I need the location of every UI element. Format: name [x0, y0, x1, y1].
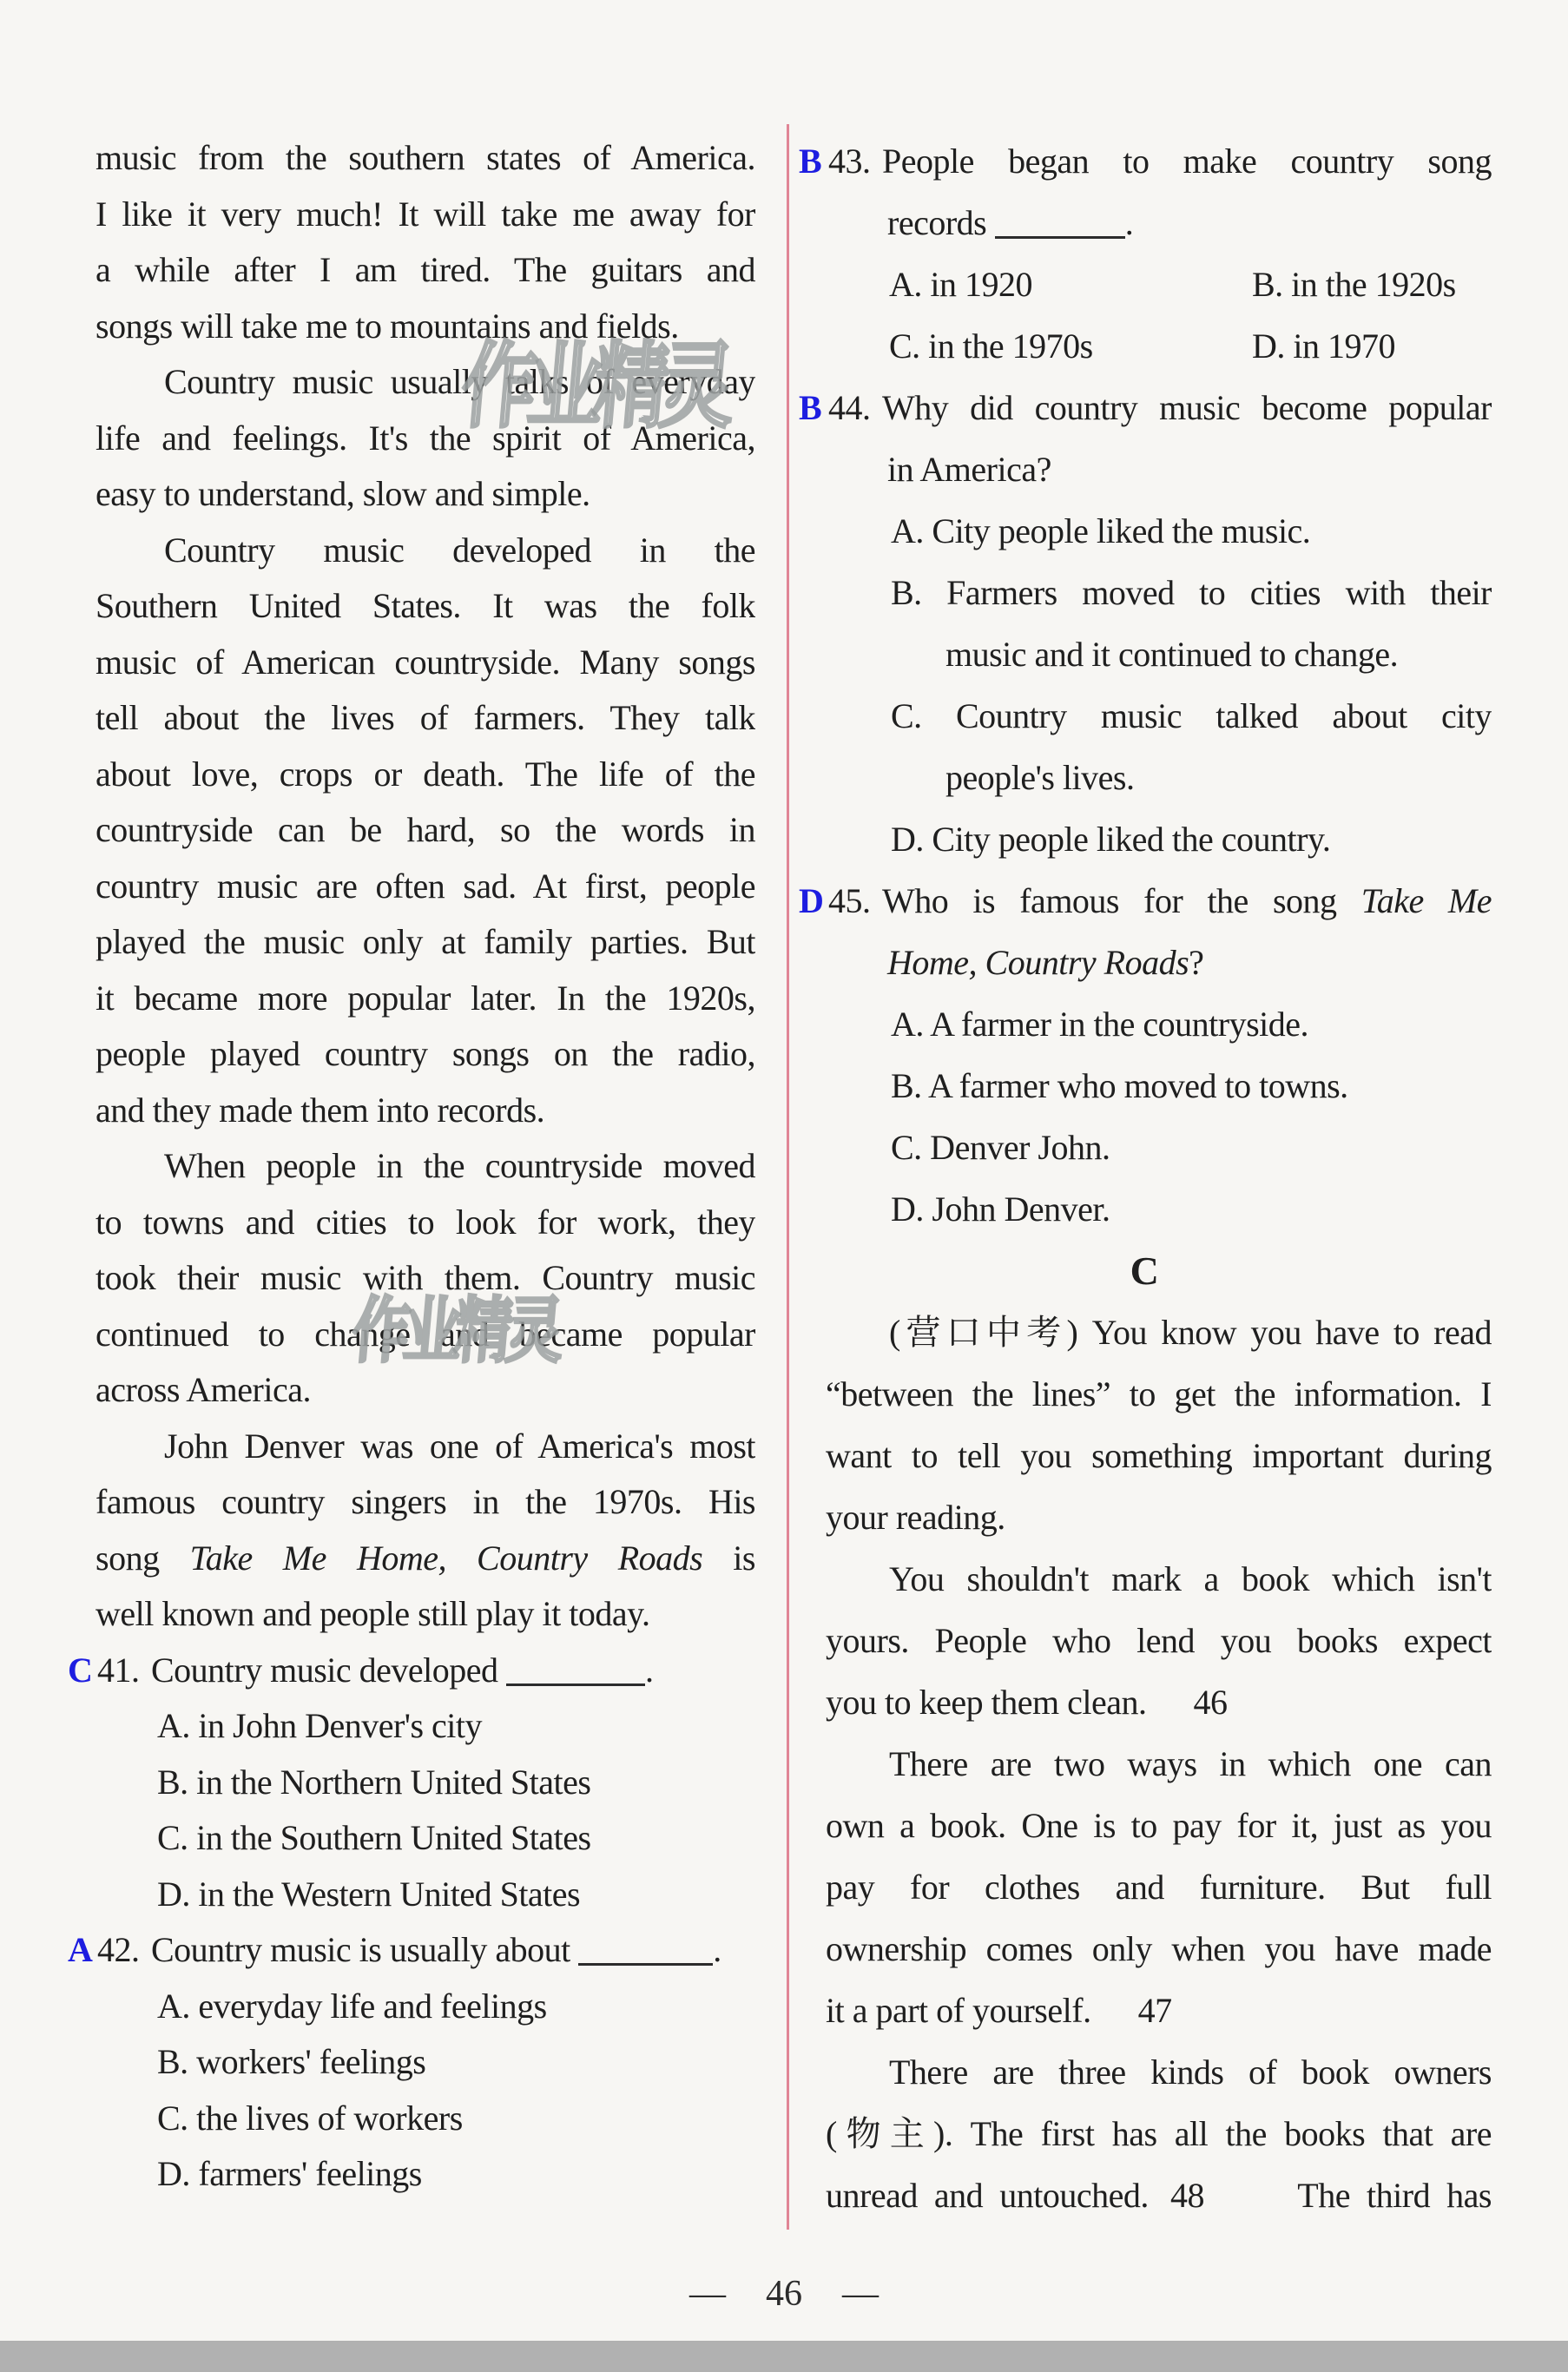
text-line: (物主). The first has all the books that a…	[797, 2103, 1492, 2164]
text-line: D. farmers' feelings	[66, 2146, 755, 2203]
text-segment: pay for clothes and furniture. But full	[826, 1868, 1492, 1907]
text-segment: D. in the Western United States	[157, 1875, 580, 1914]
text-line: B44.Why did country music become popular	[797, 377, 1492, 438]
text-segment: ?	[1189, 943, 1203, 982]
text-line: A. City people liked the music.	[797, 500, 1492, 562]
text-segment: I like it very much! It will take me awa…	[96, 194, 755, 234]
text-segment: is	[702, 1539, 755, 1578]
text-line: D. in the Western United States	[66, 1867, 755, 1923]
answer-letter: A	[68, 1922, 97, 1979]
text-line: John Denver was one of America's most	[66, 1419, 755, 1475]
text-segment: want to tell you something important dur…	[826, 1436, 1492, 1475]
numbered-blank: 47	[1104, 1980, 1205, 2041]
option-text: A. in 1920	[889, 254, 1252, 315]
left-column: music from the southern states of Americ…	[66, 130, 755, 2203]
text-line: pay for clothes and furniture. But full	[797, 1856, 1492, 1918]
text-segment: The third has	[1281, 2176, 1492, 2215]
text-line: Country music usually talks of everyday	[66, 354, 755, 411]
answer-letter: B	[799, 130, 828, 192]
italic-text: Take Me Home, Country Roads	[190, 1539, 703, 1578]
text-segment: “between the lines” to get the informati…	[826, 1374, 1492, 1413]
text-line: in America?	[797, 438, 1492, 500]
text-line: I like it very much! It will take me awa…	[66, 187, 755, 243]
text-line: music and it continued to change.	[797, 623, 1492, 685]
text-segment: music and it continued to change.	[945, 635, 1398, 674]
scan-edge	[0, 2341, 1568, 2372]
text-line: You shouldn't mark a book which isn't	[797, 1548, 1492, 1610]
text-segment: People began to make country song	[882, 142, 1492, 181]
answer-blank	[506, 1659, 645, 1686]
text-segment: people's lives.	[945, 758, 1134, 797]
text-line: C. Denver John.	[797, 1117, 1492, 1178]
text-segment: continued to change and became popular	[96, 1314, 755, 1354]
text-segment: a while after I am tired. The guitars an…	[96, 250, 755, 289]
text-line: country music are often sad. At first, p…	[66, 859, 755, 915]
text-line: D. John Denver.	[797, 1178, 1492, 1240]
page-footer: — 46 —	[0, 2268, 1568, 2320]
text-line: it became more popular later. In the 192…	[66, 971, 755, 1027]
text-segment: C. the lives of workers	[157, 2099, 463, 2138]
text-line: music of American countryside. Many song…	[66, 635, 755, 691]
text-line: music from the southern states of Americ…	[66, 130, 755, 187]
text-line: C. in the 1970sD. in 1970	[797, 315, 1492, 377]
text-segment: Country music is usually about	[151, 1930, 578, 1969]
question-number: 43.	[828, 130, 882, 192]
text-line: about love, crops or death. The life of …	[66, 747, 755, 803]
answer-blank	[995, 212, 1125, 239]
text-line: to towns and cities to look for work, th…	[66, 1195, 755, 1251]
text-segment: people played country songs on the radio…	[96, 1034, 755, 1073]
text-segment: B. in the Northern United States	[157, 1763, 590, 1802]
text-line: A. everyday life and feelings	[66, 1979, 755, 2035]
text-segment: song	[96, 1539, 190, 1578]
text-segment: unread and untouched.	[826, 2176, 1165, 2215]
text-segment: Country music usually talks of everyday	[164, 362, 755, 401]
text-segment: A. everyday life and feelings	[157, 1987, 547, 2026]
section-heading: C	[797, 1240, 1492, 1301]
text-segment: D. John Denver.	[891, 1189, 1110, 1229]
text-line: C. Country music talked about city	[797, 685, 1492, 747]
text-segment: John Denver was one of America's most	[164, 1426, 755, 1466]
text-line: famous country singers in the 1970s. His	[66, 1474, 755, 1531]
italic-text: Home, Country Roads	[887, 943, 1189, 982]
text-segment: .	[645, 1651, 654, 1690]
text-segment: There are two ways in which one can	[889, 1744, 1492, 1783]
text-line: B. workers' feelings	[66, 2034, 755, 2091]
workbook-page: music from the southern states of Americ…	[0, 0, 1568, 2372]
text-segment: took their music with them. Country musi…	[96, 1258, 755, 1297]
text-segment: famous country singers in the 1970s. His	[96, 1482, 755, 1521]
text-line: it a part of yourself. 47	[797, 1980, 1492, 2041]
question-number: 42.	[97, 1922, 151, 1979]
text-line: yours. People who lend you books expect	[797, 1610, 1492, 1671]
text-line: people's lives.	[797, 747, 1492, 808]
text-segment: D. farmers' feelings	[157, 2154, 422, 2193]
text-line: C. in the Southern United States	[66, 1810, 755, 1867]
text-line: played the music only at family parties.…	[66, 914, 755, 971]
text-segment: music of American countryside. Many song…	[96, 642, 755, 682]
text-line: A42.Country music is usually about .	[66, 1922, 755, 1979]
answer-letter: D	[799, 870, 828, 932]
answer-letter: C	[68, 1643, 97, 1699]
text-segment: C. Country music talked about city	[891, 696, 1492, 735]
text-line: D45.Who is famous for the song Take Me	[797, 870, 1492, 932]
text-segment: .	[713, 1930, 721, 1969]
text-segment: D. City people liked the country.	[891, 820, 1330, 859]
option-text: D. in 1970	[1252, 315, 1395, 377]
text-line: took their music with them. Country musi…	[66, 1250, 755, 1307]
column-divider	[787, 124, 789, 2230]
text-segment: Country music developed	[151, 1651, 506, 1690]
text-line: A. in 1920B. in the 1920s	[797, 254, 1492, 315]
text-line: Country music developed in the	[66, 523, 755, 579]
page-number: 46	[766, 2273, 802, 2315]
text-segment: it became more popular later. In the 192…	[96, 978, 755, 1018]
text-segment: There are three kinds of book owners	[889, 2052, 1492, 2092]
text-line: B43.People began to make country song	[797, 130, 1492, 192]
text-line: Southern United States. It was the folk	[66, 578, 755, 635]
text-line: easy to understand, slow and simple.	[66, 466, 755, 523]
text-segment: country music are often sad. At first, p…	[96, 866, 755, 906]
text-line: Home, Country Roads?	[797, 932, 1492, 993]
text-line: life and feelings. It's the spirit of Am…	[66, 411, 755, 467]
text-segment: ownership comes only when you have made	[826, 1929, 1492, 1968]
text-line: countryside can be hard, so the words in	[66, 802, 755, 859]
text-segment: yours. People who lend you books expect	[826, 1621, 1492, 1660]
text-segment: you to keep them clean.	[826, 1683, 1155, 1722]
text-segment: countryside can be hard, so the words in	[96, 810, 755, 849]
text-segment: When people in the countryside moved	[164, 1146, 755, 1185]
text-segment: Country music developed in the	[164, 530, 755, 570]
text-line: you to keep them clean. 46	[797, 1671, 1492, 1733]
option-text: C. in the 1970s	[889, 315, 1252, 377]
text-line: D. City people liked the country.	[797, 808, 1492, 870]
text-segment: in America?	[887, 450, 1051, 489]
text-segment: songs will take me to mountains and fiel…	[96, 306, 679, 346]
numbered-blank: 46	[1160, 1671, 1261, 1733]
text-line: ownership comes only when you have made	[797, 1918, 1492, 1980]
text-segment: records	[887, 203, 995, 242]
text-line: your reading.	[797, 1486, 1492, 1548]
text-segment: about love, crops or death. The life of …	[96, 754, 755, 794]
text-segment: A. City people liked the music.	[891, 511, 1310, 550]
text-segment: Who is famous for the song	[882, 881, 1361, 920]
text-segment: C. in the Southern United States	[157, 1818, 591, 1857]
text-line: (营口中考) You know you have to read	[797, 1301, 1492, 1363]
text-segment: it a part of yourself.	[826, 1991, 1099, 2030]
text-segment: A. in John Denver's city	[157, 1706, 482, 1745]
text-segment: easy to understand, slow and simple.	[96, 474, 590, 513]
text-segment: (营口中考) You know you have to read	[889, 1313, 1492, 1352]
text-line: A. A farmer in the countryside.	[797, 993, 1492, 1055]
text-segment: You shouldn't mark a book which isn't	[889, 1559, 1492, 1598]
option-text: B. in the 1920s	[1252, 254, 1456, 315]
text-line: and they made them into records.	[66, 1083, 755, 1139]
text-line: When people in the countryside moved	[66, 1138, 755, 1195]
text-segment: played the music only at family parties.…	[96, 922, 755, 961]
text-segment: music from the southern states of Americ…	[96, 138, 755, 177]
text-segment: B. A farmer who moved to towns.	[891, 1066, 1348, 1105]
text-segment: Why did country music become popular	[882, 388, 1492, 427]
text-segment: across America.	[96, 1370, 311, 1409]
question-number: 45.	[828, 870, 882, 932]
text-line: continued to change and became popular	[66, 1307, 755, 1363]
text-segment: C	[1130, 1249, 1159, 1293]
text-line: people played country songs on the radio…	[66, 1026, 755, 1083]
text-segment: B. Farmers moved to cities with their	[891, 573, 1492, 612]
right-column: B43.People began to make country songrec…	[797, 130, 1492, 2226]
text-line: a while after I am tired. The guitars an…	[66, 242, 755, 299]
text-line: across America.	[66, 1362, 755, 1419]
text-line: “between the lines” to get the informati…	[797, 1363, 1492, 1425]
text-segment: tell about the lives of farmers. They ta…	[96, 698, 755, 737]
text-segment: to towns and cities to look for work, th…	[96, 1202, 755, 1242]
text-line: well known and people still play it toda…	[66, 1586, 755, 1643]
text-segment: your reading.	[826, 1498, 1005, 1537]
text-line: songs will take me to mountains and fiel…	[66, 299, 755, 355]
text-segment: and they made them into records.	[96, 1090, 544, 1130]
text-line: B. Farmers moved to cities with their	[797, 562, 1492, 623]
text-segment: B. workers' feelings	[157, 2042, 425, 2081]
text-segment: .	[1125, 203, 1134, 242]
text-segment: C. Denver John.	[891, 1128, 1110, 1167]
text-line: There are three kinds of book owners	[797, 2041, 1492, 2103]
text-line: A. in John Denver's city	[66, 1698, 755, 1755]
text-line: C. the lives of workers	[66, 2091, 755, 2147]
text-segment: own a book. One is to pay for it, just a…	[826, 1806, 1492, 1845]
text-line: unread and untouched. 48 The third has	[797, 2164, 1492, 2226]
footer-dash: —	[689, 2273, 726, 2315]
answer-blank	[578, 1939, 713, 1966]
text-line: own a book. One is to pay for it, just a…	[797, 1795, 1492, 1856]
question-number: 44.	[828, 377, 882, 438]
text-line: tell about the lives of farmers. They ta…	[66, 690, 755, 747]
text-segment: life and feelings. It's the spirit of Am…	[96, 418, 755, 458]
text-line: B. A farmer who moved to towns.	[797, 1055, 1492, 1117]
text-line: song Take Me Home, Country Roads is	[66, 1531, 755, 1587]
numbered-blank: 48	[1170, 2164, 1271, 2226]
text-line: B. in the Northern United States	[66, 1755, 755, 1811]
text-line: There are two ways in which one can	[797, 1733, 1492, 1795]
text-segment: Southern United States. It was the folk	[96, 586, 755, 625]
text-segment: (物主). The first has all the books that a…	[826, 2114, 1492, 2153]
answer-letter: B	[799, 377, 828, 438]
text-line: want to tell you something important dur…	[797, 1425, 1492, 1486]
footer-dash: —	[842, 2273, 879, 2315]
italic-text: Take Me	[1361, 881, 1492, 920]
text-line: C41.Country music developed .	[66, 1643, 755, 1699]
text-line: records .	[797, 192, 1492, 254]
text-segment: A. A farmer in the countryside.	[891, 1005, 1308, 1044]
question-number: 41.	[97, 1643, 151, 1699]
text-segment: well known and people still play it toda…	[96, 1594, 650, 1633]
